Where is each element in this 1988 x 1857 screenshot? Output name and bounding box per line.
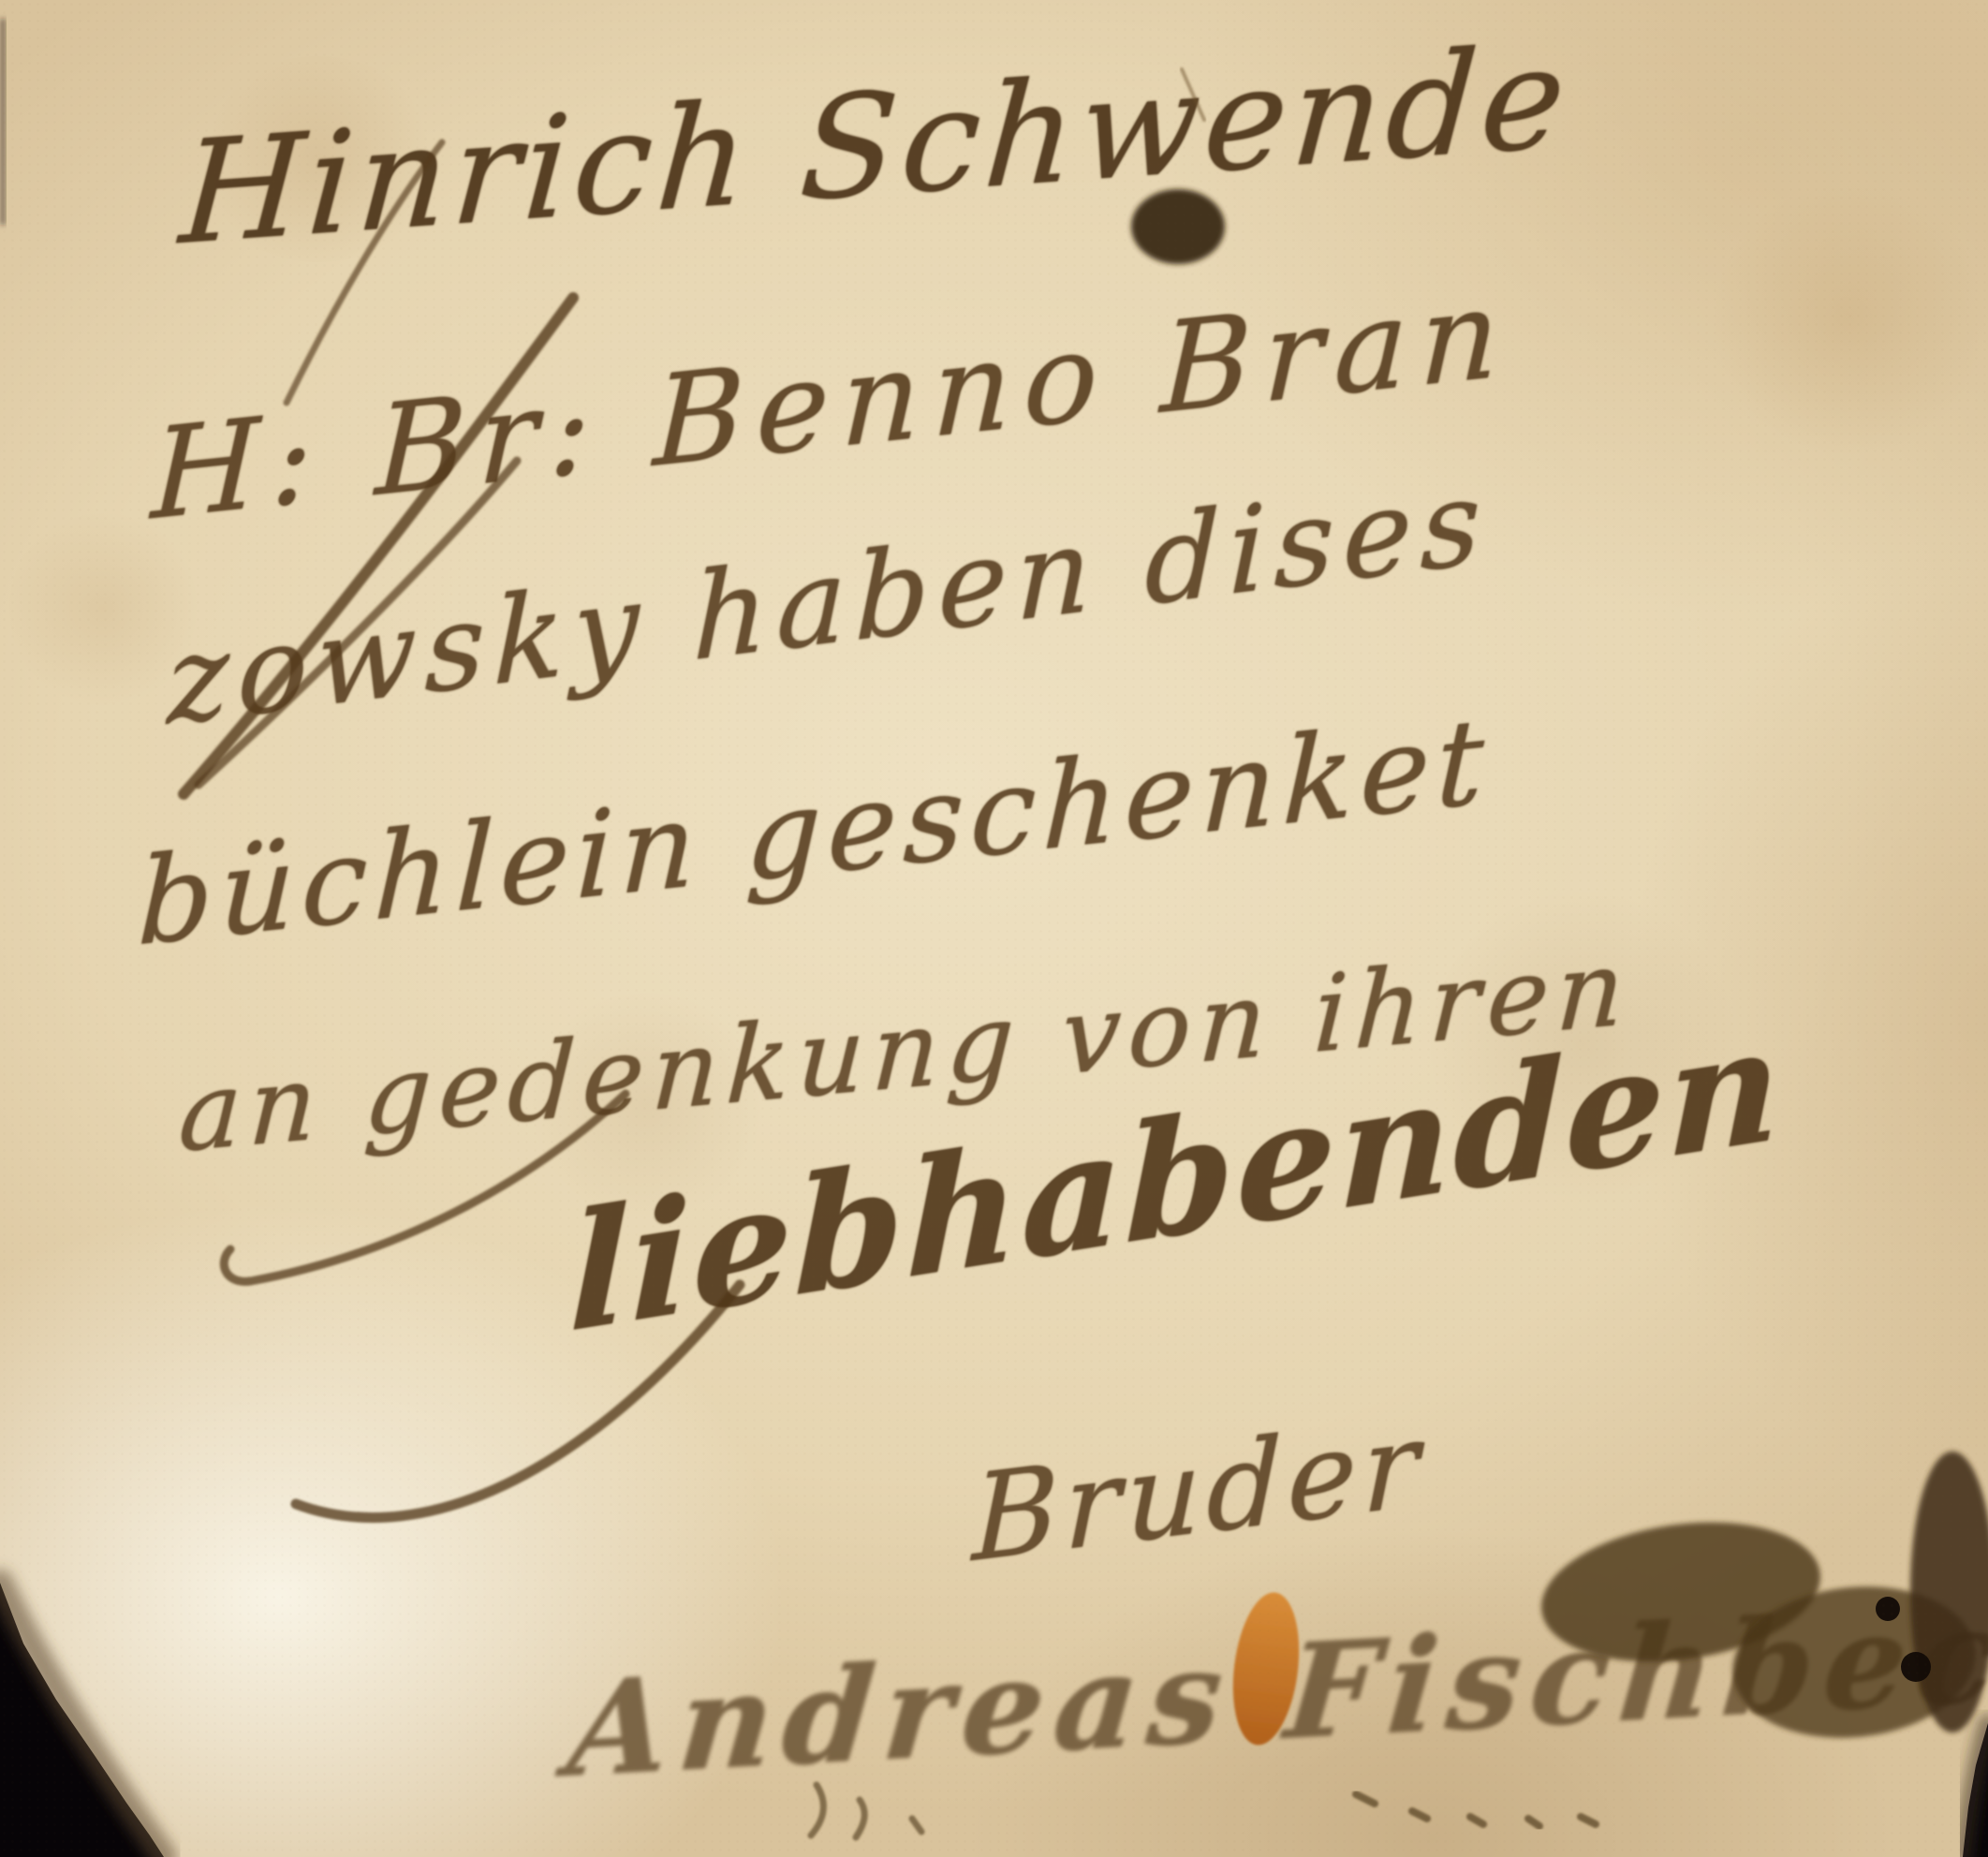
inscription-line-8: Andreas Fischbeck: [563, 1572, 1988, 1806]
manuscript-photo: Hinrich Schwende H: Br: Benno Bran zowsk…: [0, 0, 1988, 1857]
inscription-line-7: Bruder: [971, 1394, 1424, 1589]
inscription-text: Hinrich Schwende H: Br: Benno Bran zowsk…: [0, 0, 1988, 1857]
inscription-line-4: büchlein geschenket: [136, 691, 1493, 972]
inscription-line-1: Hinrich Schwende: [176, 15, 1575, 276]
